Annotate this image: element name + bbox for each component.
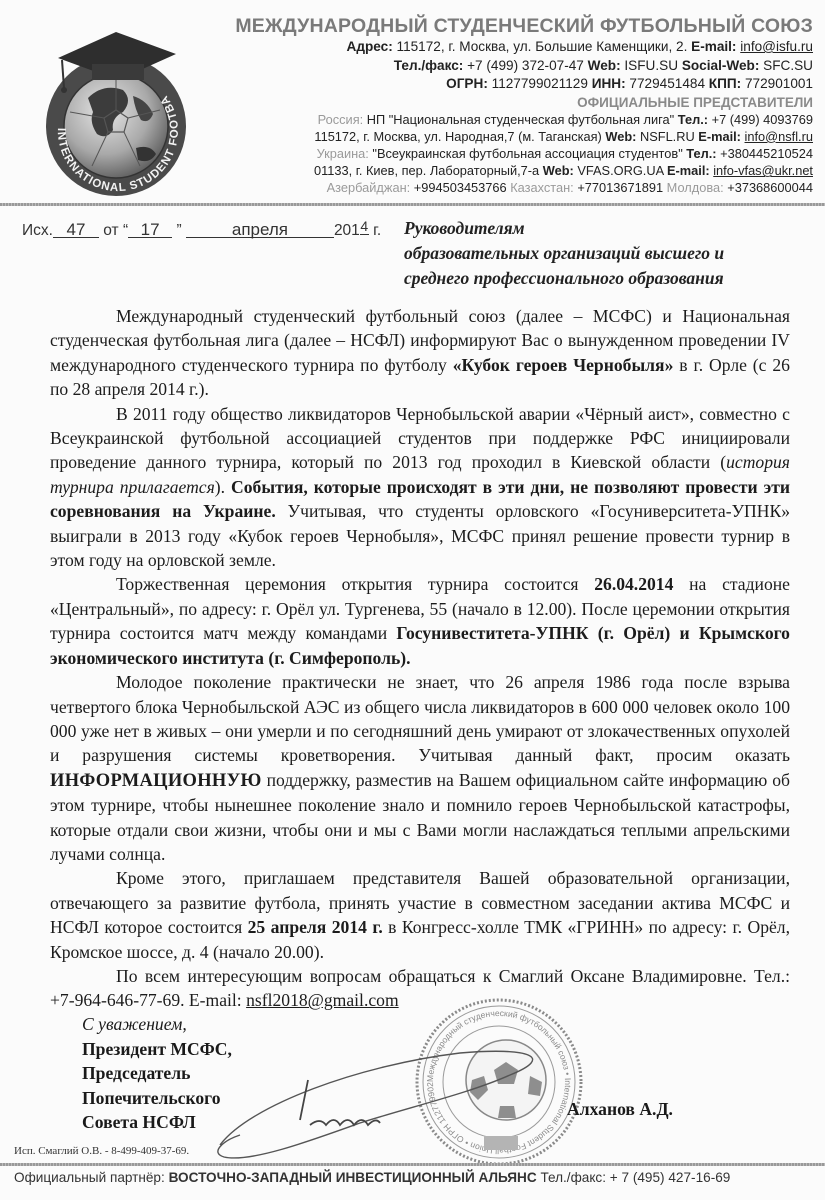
rep-tel-moldova: +37368600044 xyxy=(727,180,813,195)
rep-country-azerbaijan: Азербайджан: xyxy=(327,180,411,195)
meeting-date: 25 апреля 2014 г. xyxy=(248,917,383,937)
inn-value: 7729451484 xyxy=(629,76,705,91)
rep-country: Россия: xyxy=(318,112,364,127)
ref-close-quote: ” xyxy=(176,222,181,239)
header-divider xyxy=(0,203,825,206)
outgoing-reference: Исх.47 от “17 ” апреля2014 г. xyxy=(22,219,381,240)
partner-name: ВОСТОЧНО-ЗАПАДНЫЙ ИНВЕСТИЦИОННЫЙ АЛЬЯНС xyxy=(169,1170,537,1185)
tournament-name: «Кубок героев Чернобыля» xyxy=(453,355,674,375)
rep-tel-azerbaijan: +994503453766 xyxy=(414,180,507,195)
rep-address: 115172, г. Москва, ул. Народная,7 (м. Та… xyxy=(314,129,601,144)
ref-number: 47 xyxy=(53,222,99,238)
addressee-line: образовательных организаций высшего и xyxy=(404,241,804,266)
p2-text: В 2011 году общество ликвидаторов Черноб… xyxy=(50,404,790,473)
ref-from-label: от xyxy=(103,222,118,239)
rep-tel-label: Тел.: xyxy=(686,146,716,161)
addressee-line: среднего профессионального образования xyxy=(404,266,804,291)
ceremony-date: 26.04.2014 xyxy=(594,574,673,594)
rep-tel-label: Тел.: xyxy=(678,112,708,127)
paragraph-intro: Международный студенческий футбольный со… xyxy=(50,304,790,402)
signer-role: Попечительского xyxy=(82,1086,232,1111)
signer-role: Президент МСФС, xyxy=(82,1037,232,1062)
tel-value: +7 (499) 372-07-47 xyxy=(467,58,584,73)
p3-text: Торжественная церемония открытия турнира… xyxy=(116,574,594,594)
globe-football-mortarboard-logo-icon: INTERNATIONAL STUDENT FOOTBALL UNION xyxy=(28,18,198,198)
rep-org: НП "Национальная студенческая футбольная… xyxy=(367,112,674,127)
signer-role: Председатель xyxy=(82,1061,232,1086)
paragraph-invitation: Кроме этого, приглашаем представителя Ва… xyxy=(50,866,790,964)
signer-role: Совета НСФЛ xyxy=(82,1110,232,1135)
rep-web-link[interactable]: NSFL.RU xyxy=(640,129,695,144)
p2-mid: ). xyxy=(215,477,231,497)
rep-russia-line1: Россия: НП "Национальная студенческая фу… xyxy=(193,111,813,128)
org-web-link[interactable]: ISFU.SU xyxy=(624,58,678,73)
rep-email-link[interactable]: info@nsfl.ru xyxy=(745,129,813,144)
org-registration-line: ОГРН: 1127799021129 ИНН: 7729451484 КПП:… xyxy=(193,75,813,94)
org-social-link[interactable]: SFC.SU xyxy=(763,58,813,73)
web-label: Web: xyxy=(588,58,621,73)
handwritten-signature xyxy=(210,1045,570,1165)
signature-scribble-icon xyxy=(210,1045,570,1165)
closing-greeting: С уважением, xyxy=(82,1012,232,1037)
ref-year-suffix: 4 xyxy=(360,219,369,235)
ref-year-end: г. xyxy=(373,222,381,239)
org-contacts-line: Тел./факс: +7 (499) 372-07-47 Web: ISFU.… xyxy=(193,57,813,76)
rep-email-label: E-mail: xyxy=(667,163,710,178)
rep-address: 01133, г. Киев, пер. Лабораторный,7-а xyxy=(314,163,539,178)
address-label: Адрес: xyxy=(347,39,393,54)
rep-country-kazakhstan: Казахстан: xyxy=(510,180,574,195)
rep-email-label: E-mail: xyxy=(698,129,741,144)
rep-country: Украина: xyxy=(317,146,369,161)
rep-tel-kazakhstan: +77013671891 xyxy=(577,180,663,195)
tel-label: Тел./факс: xyxy=(394,58,464,73)
org-name: МЕЖДУНАРОДНЫЙ СТУДЕНЧЕСКИЙ ФУТБОЛЬНЫЙ СО… xyxy=(193,14,813,38)
ref-out-label: Исх. xyxy=(22,222,53,239)
paragraph-chernobyl: Молодое поколение практически не знает, … xyxy=(50,670,790,866)
rep-web-link[interactable]: VFAS.ORG.UA xyxy=(577,163,663,178)
rep-ukraine-line2: 01133, г. Киев, пер. Лабораторный,7-а We… xyxy=(193,162,813,179)
signer-name: Алханов А.Д. xyxy=(567,1099,673,1120)
footer-divider xyxy=(0,1163,825,1166)
ogrn-value: 1127799021129 xyxy=(492,76,588,91)
addressee-block: Руководителям образовательных организаци… xyxy=(404,216,804,291)
rep-org: "Всеукраинская футбольная ассоциация сту… xyxy=(372,146,682,161)
org-email-link[interactable]: info@isfu.ru xyxy=(740,39,813,54)
ref-month: апреля xyxy=(186,222,334,238)
social-label: Social-Web: xyxy=(682,58,760,73)
rep-russia-line2: 115172, г. Москва, ул. Народная,7 (м. Та… xyxy=(193,128,813,145)
rep-others-line: Азербайджан: +994503453766 Казахстан: +7… xyxy=(193,179,813,196)
contact-email-link[interactable]: nsfl2018@gmail.com xyxy=(246,990,399,1010)
ref-year-prefix: 201 xyxy=(334,222,360,239)
information-emphasis: ИНФОРМАЦИОННУЮ xyxy=(50,771,262,791)
kpp-label: КПП: xyxy=(709,76,741,91)
partner-tel: + 7 (495) 427-16-69 xyxy=(610,1170,731,1185)
paragraph-history: В 2011 году общество ликвидаторов Черноб… xyxy=(50,402,790,573)
rep-web-label: Web: xyxy=(543,163,574,178)
p4-text: Молодое поколение практически не знает, … xyxy=(50,672,790,765)
partner-tel-label: Тел./факс: xyxy=(540,1170,606,1185)
inn-label: ИНН: xyxy=(592,76,626,91)
org-address-line: Адрес: 115172, г. Москва, ул. Большие Ка… xyxy=(193,38,813,57)
executor-note: Исп. Смаглий О.В. - 8-499-409-37-69. xyxy=(14,1145,189,1157)
rep-web-label: Web: xyxy=(605,129,636,144)
addressee-line: Руководителям xyxy=(404,216,804,241)
partner-label: Официальный партнёр: xyxy=(14,1170,165,1185)
paragraph-opening-ceremony: Торжественная церемония открытия турнира… xyxy=(50,572,790,670)
rep-ukraine-line1: Украина: "Всеукраинская футбольная ассоц… xyxy=(193,145,813,162)
ogrn-label: ОГРН: xyxy=(446,76,488,91)
signature-block: С уважением, Президент МСФС, Председател… xyxy=(82,1012,232,1135)
address-value: 115172, г. Москва, ул. Большие Каменщики… xyxy=(397,39,688,54)
letterhead: МЕЖДУНАРОДНЫЙ СТУДЕНЧЕСКИЙ ФУТБОЛЬНЫЙ СО… xyxy=(193,14,813,197)
rep-email-link[interactable]: info-vfas@ukr.net xyxy=(713,163,813,178)
kpp-value: 772901001 xyxy=(745,76,813,91)
isfu-logo: INTERNATIONAL STUDENT FOOTBALL UNION xyxy=(28,18,198,198)
rep-country-moldova: Молдова: xyxy=(667,180,724,195)
representatives-title: ОФИЦИАЛЬНЫЕ ПРЕДСТАВИТЕЛИ xyxy=(193,94,813,111)
ref-day: 17 xyxy=(128,222,172,238)
rep-tel: +7 (499) 4093769 xyxy=(712,112,813,127)
letter-body: Международный студенческий футбольный со… xyxy=(50,304,790,1013)
email-label: E-mail: xyxy=(691,39,736,54)
rep-tel: +380445210524 xyxy=(720,146,813,161)
partner-footer: Официальный партнёр: ВОСТОЧНО-ЗАПАДНЫЙ И… xyxy=(14,1170,730,1185)
